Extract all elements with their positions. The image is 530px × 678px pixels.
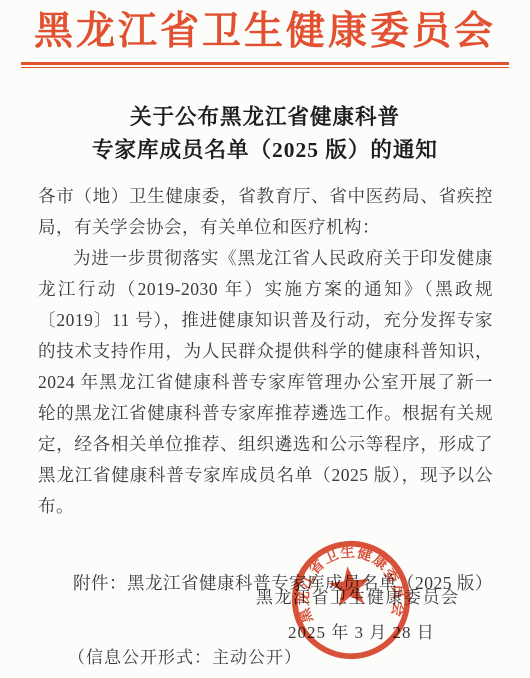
disclosure-note: （信息公开形式：主动公开） (68, 643, 302, 668)
document-body: 各市（地）卫生健康委，省教育厅、省中医药局、省疾控局，有关学会协会，有关单位和医… (38, 181, 493, 522)
signature-authority: 黑龙江省卫生健康委员会 (256, 583, 438, 608)
signature-date: 2025 年 3 月 28 日 (288, 618, 424, 643)
document-title: 关于公布黑龙江省健康科普 专家库成员名单（2025 版）的通知 (20, 101, 510, 167)
recipients-salutation: 各市（地）卫生健康委，省教育厅、省中医药局、省疾控局，有关学会协会，有关单位和医… (38, 181, 493, 243)
issuing-authority-masthead: 黑龙江省卫生健康委员会 (0, 0, 530, 57)
document-title-line1: 关于公布黑龙江省健康科普 (130, 105, 400, 129)
body-paragraph: 为进一步贯彻落实《黑龙江省人民政府关于印发健康龙江行动（2019-2030 年）… (38, 243, 493, 522)
masthead-divider-rule (21, 62, 509, 68)
document-title-line2: 专家库成员名单（2025 版）的通知 (92, 138, 438, 162)
official-notice-page: 黑龙江省卫生健康委员会 关于公布黑龙江省健康科普 专家库成员名单（2025 版）… (0, 0, 530, 678)
